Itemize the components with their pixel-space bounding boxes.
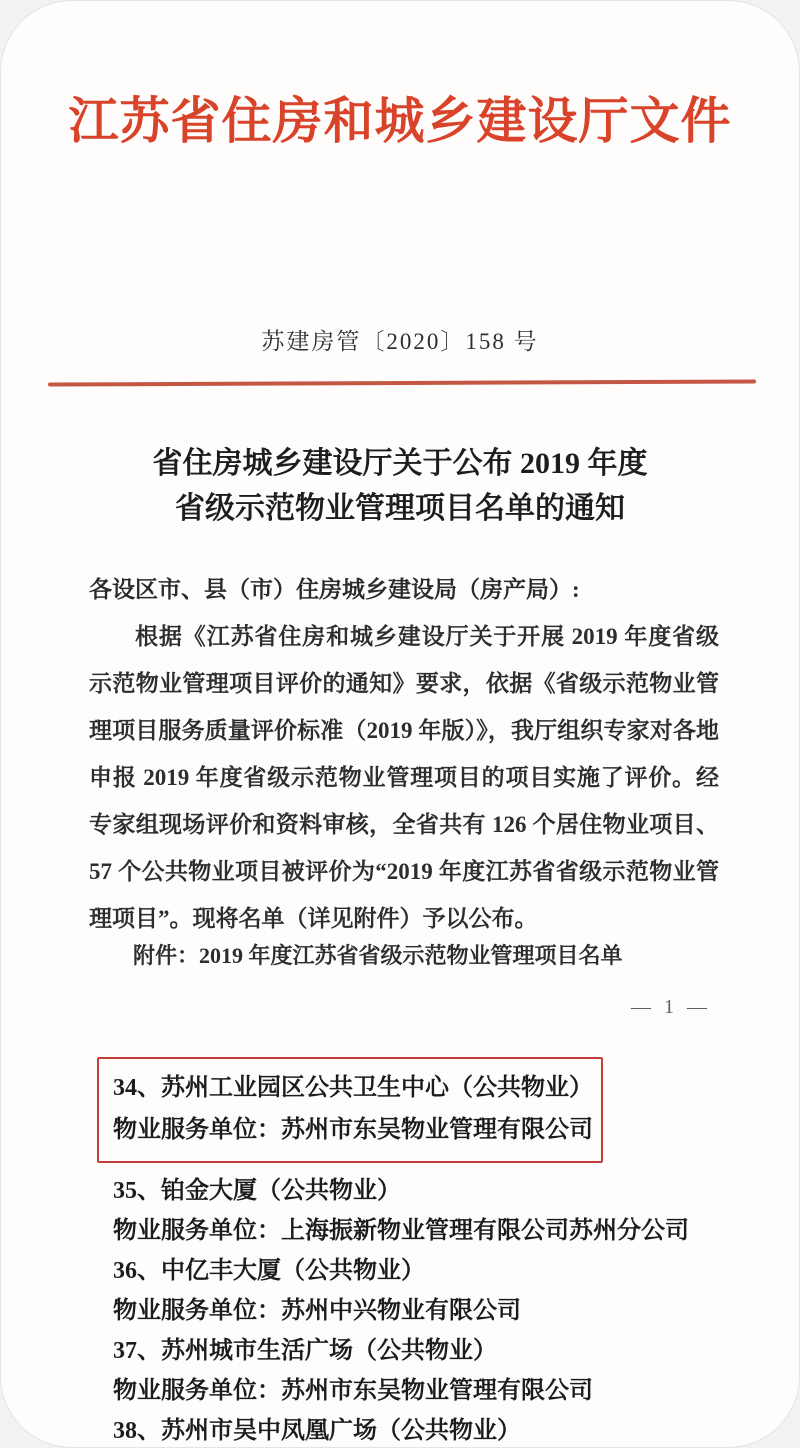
notice-title-line2: 省级示范物业管理项目名单的通知 xyxy=(1,486,799,531)
body-paragraph: 根据《江苏省住房和城乡建设厅关于开展 2019 年度省级示范物业管理项目评价的通… xyxy=(89,613,719,935)
project-entry-37: 37、苏州城市生活广场（公共物业） xyxy=(113,1331,739,1371)
project-entry-34: 34、苏州工业园区公共卫生中心（公共物业） xyxy=(113,1067,593,1109)
project-company-34: 物业服务单位：苏州市东吴物业管理有限公司 xyxy=(113,1109,593,1151)
project-company-35: 物业服务单位：上海振新物业管理有限公司苏州分公司 xyxy=(113,1211,739,1251)
letterhead-title: 江苏省住房和城乡建设厅文件 xyxy=(1,81,799,153)
official-document-page: 江苏省住房和城乡建设厅文件 苏建房管〔2020〕158 号 省住房城乡建设厅关于… xyxy=(0,0,800,1448)
notice-title-line1: 省住房城乡建设厅关于公布 2019 年度 xyxy=(1,441,799,486)
project-company-37: 物业服务单位：苏州市东吴物业管理有限公司 xyxy=(113,1371,739,1411)
page-number: — 1 — xyxy=(631,996,711,1019)
project-list-rest: 35、铂金大厦（公共物业） 物业服务单位：上海振新物业管理有限公司苏州分公司 3… xyxy=(97,1171,739,1448)
project-company-36: 物业服务单位：苏州中兴物业有限公司 xyxy=(113,1291,739,1331)
project-entry-36: 36、中亿丰大厦（公共物业） xyxy=(113,1251,739,1291)
project-entry-38: 38、苏州市吴中凤凰广场（公共物业） xyxy=(113,1411,739,1448)
red-divider-line xyxy=(48,379,756,386)
document-number: 苏建房管〔2020〕158 号 xyxy=(1,323,799,356)
highlighted-project-box: 34、苏州工业园区公共卫生中心（公共物业） 物业服务单位：苏州市东吴物业管理有限… xyxy=(97,1057,603,1163)
addressee-line: 各设区市、县（市）住房城乡建设局（房产局）: xyxy=(89,571,729,604)
project-list: 34、苏州工业园区公共卫生中心（公共物业） 物业服务单位：苏州市东吴物业管理有限… xyxy=(97,1057,739,1448)
notice-title: 省住房城乡建设厅关于公布 2019 年度 省级示范物业管理项目名单的通知 xyxy=(1,441,799,531)
attachment-line: 附件：2019 年度江苏省省级示范物业管理项目名单 xyxy=(89,939,729,970)
project-entry-35: 35、铂金大厦（公共物业） xyxy=(113,1171,739,1211)
